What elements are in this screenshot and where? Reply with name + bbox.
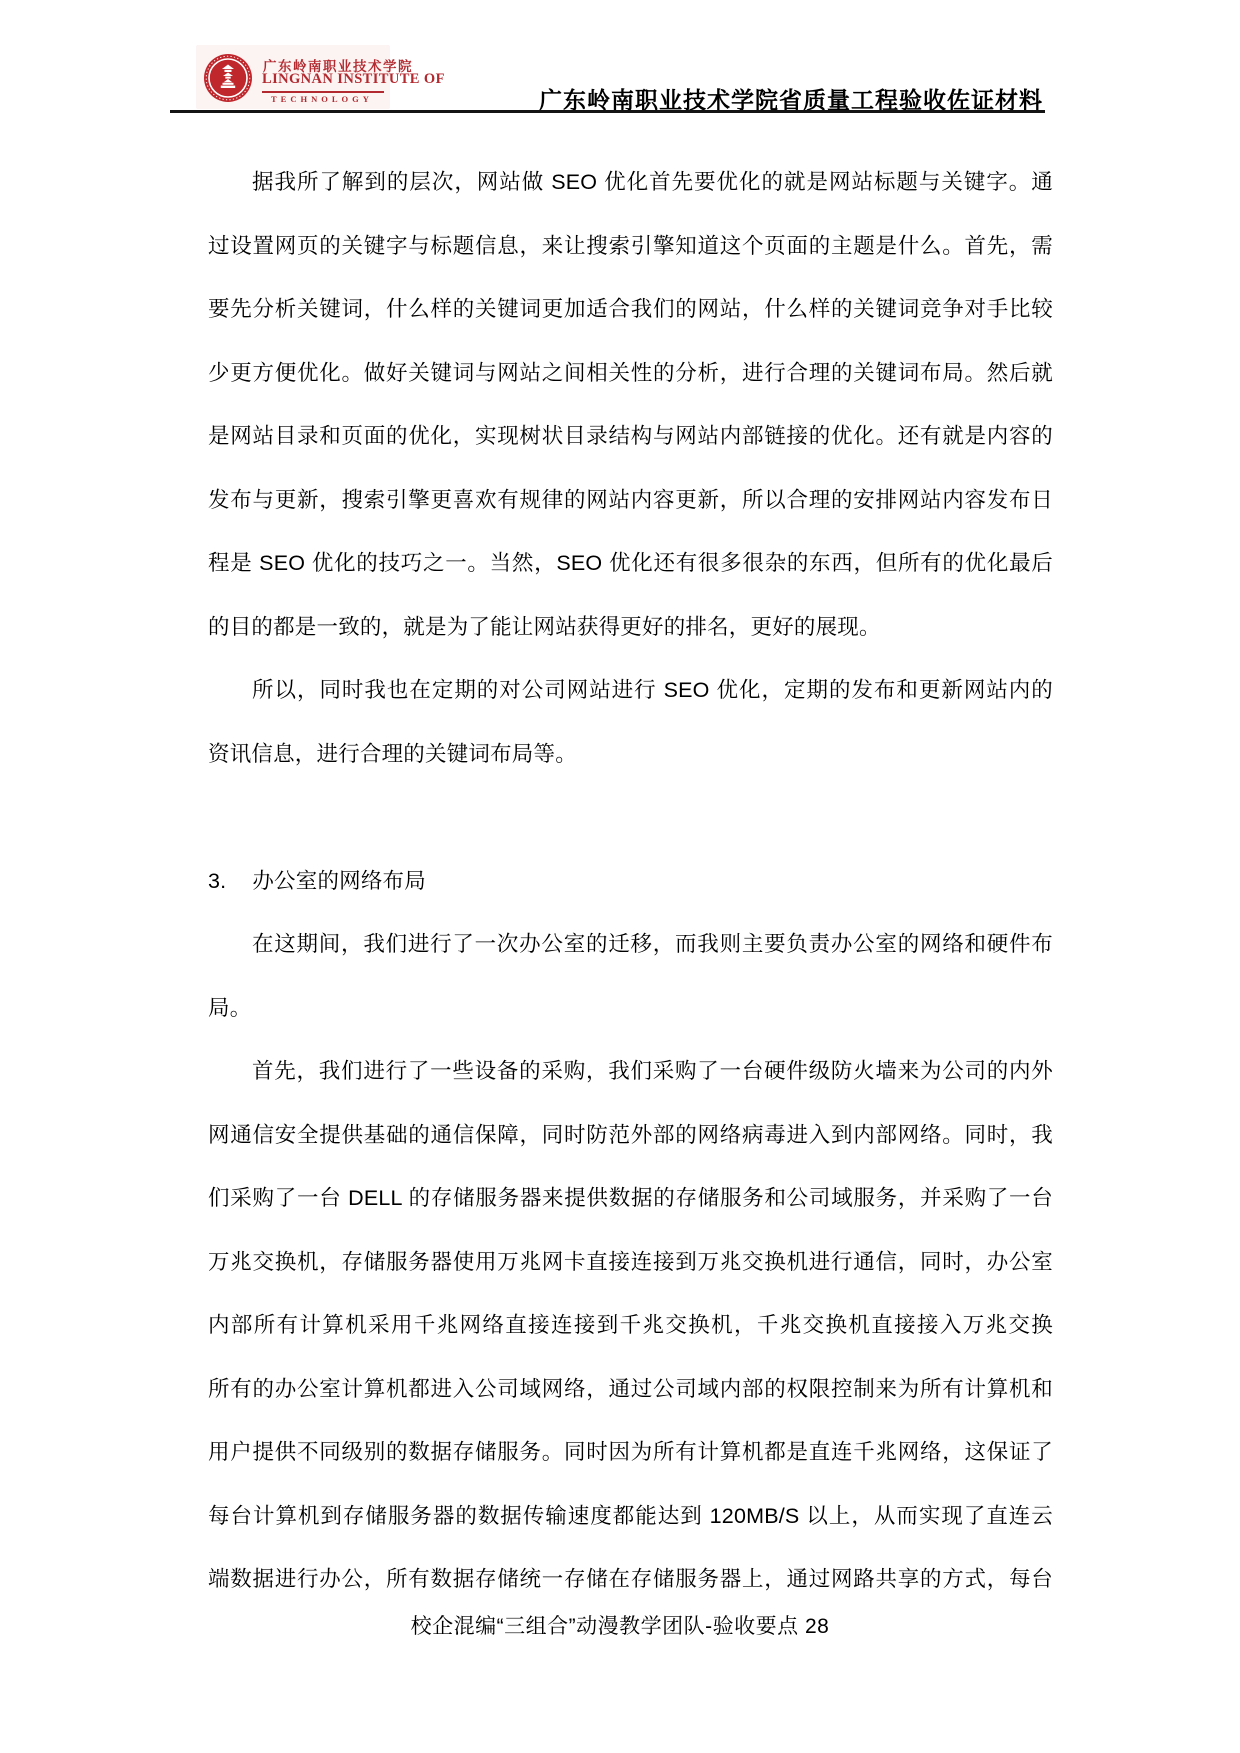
text-line: 所以，同时我也在定期的对公司网站进行 SEO 优化，定期的发布和更新网站内的 bbox=[208, 659, 1053, 723]
text-line: 所有的办公室计算机都进入公司域网络，通过公司域内部的权限控制来为所有计算机和 bbox=[208, 1358, 1053, 1422]
text-line: 过设置网页的关键字与标题信息，来让搜索引擎知道这个页面的主题是什么。首先，需 bbox=[208, 215, 1053, 279]
text-line: 在这期间，我们进行了一次办公室的迁移，而我则主要负责办公室的网络和硬件布 bbox=[208, 913, 1053, 977]
text-line: 资讯信息，进行合理的关键词布局等。 bbox=[208, 723, 1053, 787]
institution-name-en-top: LINGNAN INSTITUTE OF bbox=[262, 71, 445, 88]
institution-name-en-bottom: TECHNOLOGY bbox=[271, 94, 373, 104]
text-line: 用户提供不同级别的数据存储服务。同时因为所有计算机都是直连千兆网络，这保证了 bbox=[208, 1421, 1053, 1485]
document-page: 广东岭南职业技术学院 LINGNAN INSTITUTE OF TECHNOLO… bbox=[0, 0, 1240, 1753]
text-line: 首先，我们进行了一些设备的采购，我们采购了一台硬件级防火墙来为公司的内外 bbox=[208, 1040, 1053, 1104]
header-rule-line bbox=[170, 110, 1045, 113]
text-line: 程是 SEO 优化的技巧之一。当然，SEO 优化还有很多很杂的东西，但所有的优化… bbox=[208, 532, 1053, 596]
section-heading: 3.办公室的网络布局 bbox=[208, 850, 1053, 914]
text-line: 据我所了解到的层次，网站做 SEO 优化首先要优化的就是网站标题与关键字。通 bbox=[208, 151, 1053, 215]
text-line: 们采购了一台 DELL 的存储服务器来提供数据的存储服务和公司域服务，并采购了一… bbox=[208, 1167, 1053, 1231]
logo-divider-line bbox=[262, 91, 384, 93]
text-line: 是网站目录和页面的优化，实现树状目录结构与网站内部链接的优化。还有就是内容的 bbox=[208, 405, 1053, 469]
text-line: 发布与更新，搜索引擎更喜欢有规律的网站内容更新，所以合理的安排网站内容发布日 bbox=[208, 469, 1053, 533]
footer-page-text: 校企混编“三组合”动漫教学团队-验收要点 28 bbox=[0, 1610, 1240, 1640]
text-line: 端数据进行办公，所有数据存储统一存储在存储服务器上，通过网路共享的方式，每台 bbox=[208, 1548, 1053, 1612]
text-line: 局。 bbox=[208, 977, 1053, 1041]
text-line: 要先分析关键词，什么样的关键词更加适合我们的网站，什么样的关键词竞争对手比较 bbox=[208, 278, 1053, 342]
text-line: 每台计算机到存储服务器的数据传输速度都能达到 120MB/S 以上，从而实现了直… bbox=[208, 1485, 1053, 1549]
paragraph-spacer bbox=[208, 786, 1053, 850]
text-line: 万兆交换机，存储服务器使用万兆网卡直接连接到万兆交换机进行通信，同时，办公室 bbox=[208, 1231, 1053, 1295]
section-title: 办公室的网络布局 bbox=[252, 850, 426, 914]
text-line: 内部所有计算机采用千兆网络直接连接到千兆交换机，千兆交换机直接接入万兆交换机。 bbox=[208, 1294, 1053, 1358]
text-line: 少更方便优化。做好关键词与网站之间相关性的分析，进行合理的关键词布局。然后就 bbox=[208, 342, 1053, 406]
school-seal-icon bbox=[203, 53, 253, 103]
section-number: 3. bbox=[208, 850, 226, 914]
body-lines: 据我所了解到的层次，网站做 SEO 优化首先要优化的就是网站标题与关键字。通过设… bbox=[208, 151, 1053, 1612]
text-line: 的目的都是一致的，就是为了能让网站获得更好的排名，更好的展现。 bbox=[208, 596, 1053, 660]
text-line: 网通信安全提供基础的通信保障，同时防范外部的网络病毒进入到内部网络。同时，我 bbox=[208, 1104, 1053, 1168]
